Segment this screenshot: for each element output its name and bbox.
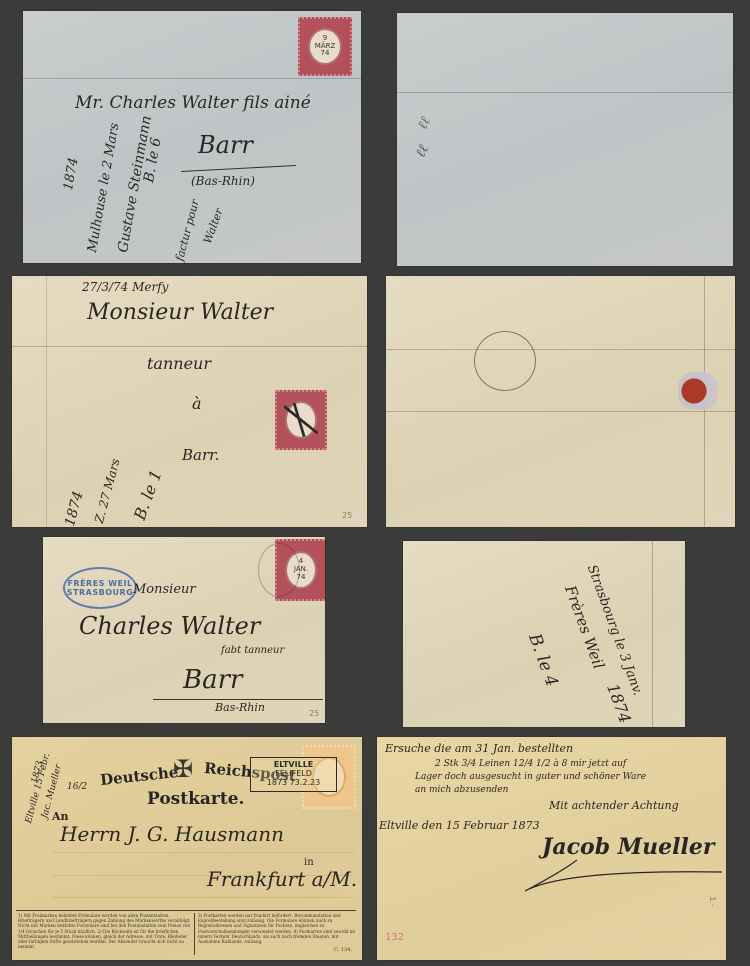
pen-cancel-x-icon <box>284 403 318 437</box>
fine-print-divider <box>16 910 356 911</box>
fine-print-column-divider <box>194 913 195 955</box>
docket-line: 27/3/74 Merfy <box>82 280 168 294</box>
address-line-2: tanneur <box>147 354 211 373</box>
address-rule <box>52 897 354 898</box>
fine-print-left: 1) Mit Freimarken beklebte Formulare wer… <box>18 913 193 957</box>
address-line-1: Monsieur Walter <box>87 300 273 325</box>
address-line-4: Barr. <box>182 446 219 464</box>
address-line-2: Barr <box>198 131 253 159</box>
side-note-invoice: factur pour <box>173 198 202 262</box>
postcard-front: Deutsche ✠ Reichspost Postkarte. An ELTV… <box>12 737 362 960</box>
sender-oval-handstamp: FRÈRES WEIL STRASBOURG <box>63 567 137 609</box>
address-line-3: fabt tanneur <box>221 645 284 656</box>
side-note-received: B. le 1 <box>130 467 166 522</box>
pencil-marks: ℓℓ <box>415 115 435 133</box>
docket-received: B. le 4 <box>524 631 562 690</box>
address-underline <box>181 165 296 172</box>
message-line-2: 2 Stk 3/4 Leinen 12/4 1/2 à 8 mir jetzt … <box>435 759 626 769</box>
arrival-postmark-circle <box>474 331 536 391</box>
flap-edge <box>652 541 653 727</box>
fold-line <box>386 411 735 412</box>
form-number: C. 134. <box>334 948 352 953</box>
fold-line <box>386 349 735 350</box>
cover-1-back: ℓℓ ℓℓ <box>397 13 733 266</box>
address-line-1: Herrn J. G. Hausmann <box>60 822 284 846</box>
side-note-year: 1874 <box>62 490 87 527</box>
address-rule <box>52 852 354 853</box>
side-note-received: 16/2 <box>67 782 87 792</box>
pencil-mark: 1.- <box>708 896 717 907</box>
side-note-sender: Gustave Steinmann <box>115 114 155 253</box>
lot-mark: 25 <box>342 511 352 520</box>
imperial-eagle-icon: ✠ <box>172 755 194 783</box>
message-line-4: an mich abzusenden <box>415 785 508 795</box>
cover-2-front: 27/3/74 Merfy Monsieur Walter tanneur à … <box>12 276 367 527</box>
cover-3-back: 1874 Strasbourg le 3 Janv. Frères Weil B… <box>403 541 685 727</box>
address-line-1: Mr. Charles Walter fils ainé <box>75 93 311 113</box>
address-line-3: à <box>192 394 202 413</box>
address-line-1: Monsieur <box>133 582 196 597</box>
red-wax-seal <box>678 372 718 410</box>
side-note-year: 1874 <box>61 156 82 191</box>
strasbourg-postmark-circle <box>258 543 300 597</box>
message-line-1: Ersuche die am 31 Jan. bestellten <box>385 742 573 755</box>
address-line-2: Charles Walter <box>79 612 260 640</box>
address-line-4: Barr <box>183 665 242 695</box>
lot-mark: 132 <box>385 932 404 943</box>
lot-mark: 25 <box>309 709 319 718</box>
fold-line <box>12 346 367 347</box>
closing: Mit achtender Achtung <box>549 799 679 812</box>
cover-2-back <box>386 276 735 527</box>
postcard-back: Ersuche die am 31 Jan. bestellten 2 Stk … <box>377 737 726 960</box>
address-line-3: (Bas-Rhin) <box>191 174 255 188</box>
address-underline <box>153 699 323 700</box>
side-note-date: Z. 27 Mars <box>92 457 123 525</box>
message-line-3: Lager doch ausgesucht in guter und schön… <box>415 772 646 782</box>
postkarte-title: Postkarte. <box>147 789 244 809</box>
header-deutsche: Deutsche <box>99 763 179 789</box>
cover-3-front: FRÈRES WEIL STRASBOURG 4 JAN. 74 Monsieu… <box>43 537 325 723</box>
signature-flourish-icon <box>517 855 726 895</box>
side-note-name: Walter <box>201 207 226 246</box>
address-line-5: Bas-Rhin <box>215 701 265 714</box>
stamp-red-large-shield: 9 MÄRZ 74 <box>298 17 352 76</box>
cancel-date-circle: 9 MÄRZ 74 <box>308 28 342 65</box>
cover-1-front: 9 MÄRZ 74 Mr. Charles Walter fils ainé B… <box>23 11 361 263</box>
fold-line <box>46 276 47 527</box>
place-date: Eltville den 15 Februar 1873 <box>379 819 540 832</box>
fold-line <box>397 92 733 93</box>
stamp-red-1-groschen <box>275 390 327 450</box>
fold-line <box>23 78 361 79</box>
fine-print-right: 3) Postkarten werden nur frankirt beförd… <box>198 913 356 951</box>
eltville-box-cancel: ELTVILLE FELIFELD 1873 73.2.23 <box>250 757 337 792</box>
address-line-2: Frankfurt a/M. <box>207 867 357 891</box>
pencil-marks: ℓℓ <box>413 143 433 161</box>
